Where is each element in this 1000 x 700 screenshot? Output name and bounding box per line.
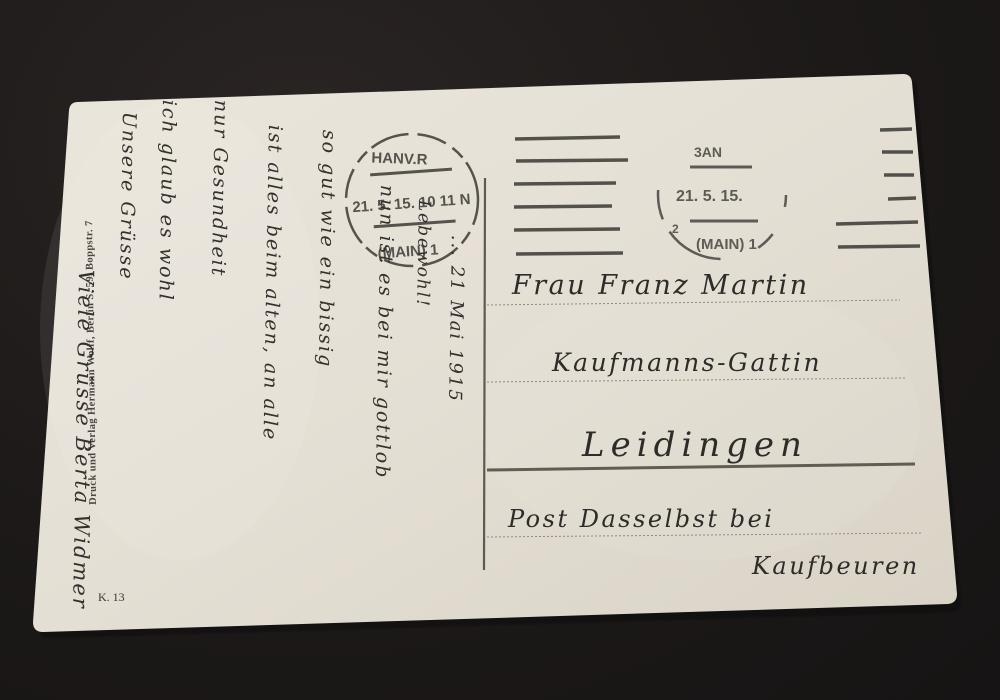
address-line-recipient: Frau Franz Martin bbox=[512, 270, 810, 301]
address-line-town: Leidingen bbox=[582, 425, 808, 465]
message-column-6: ich glaub es wohl bbox=[154, 100, 180, 302]
message-dateline: ... 21 Mai 1915 bbox=[444, 235, 468, 403]
postcard-card bbox=[0, 0, 1000, 700]
series-number: K. 13 bbox=[98, 590, 125, 605]
postcard-scene: HANV.R 21. 5. 15. 10 11 N (MAIN) 1 3A bbox=[0, 0, 1000, 700]
address-line-district: Kaufbeuren bbox=[752, 552, 920, 580]
divider-line bbox=[484, 178, 485, 570]
message-column-3: so gut wie ein bissig bbox=[314, 130, 340, 369]
message-column-1: Lebewohl! bbox=[412, 200, 434, 309]
message-column-7: Unsere Grüsse bbox=[115, 112, 140, 281]
address-line-post: Post Dasselbst bei bbox=[508, 505, 774, 533]
message-column-5: nur Gesundheit bbox=[207, 100, 232, 278]
address-line-title: Kaufmanns-Gattin bbox=[552, 348, 822, 377]
